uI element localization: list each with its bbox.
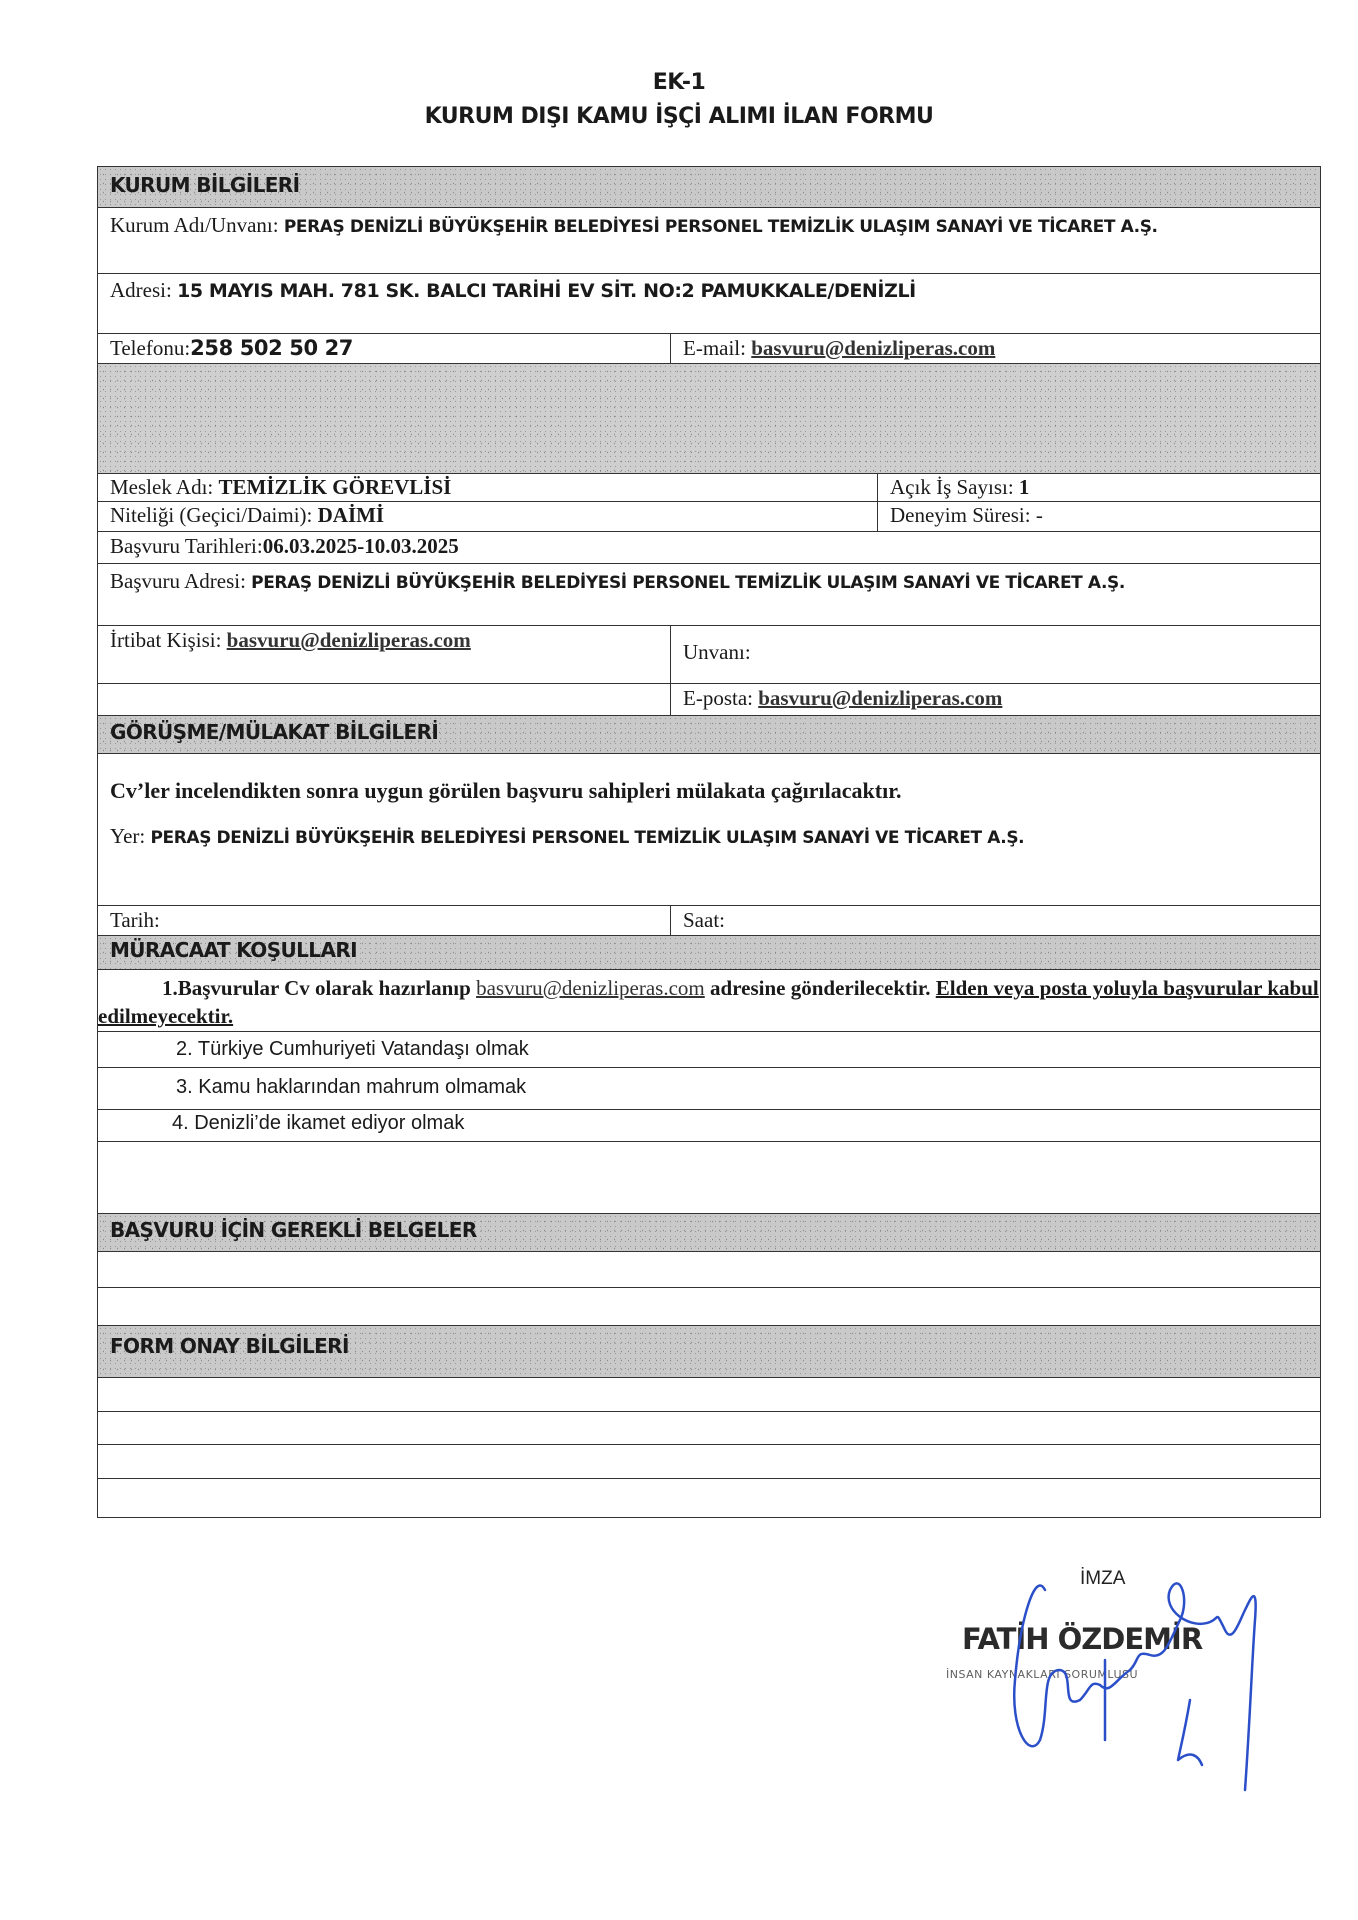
basvuru-adres-row: Başvuru Adresi: PERAŞ DENİZLİ BÜYÜKŞEHİR… [98, 564, 1320, 626]
belgeler-empty-row-1 [98, 1252, 1320, 1288]
nitelik-row: Niteliği (Geçici/Daimi): DAİMİ Deneyim S… [98, 502, 1320, 532]
basvuru-tarih-row: Başvuru Tarihleri:06.03.2025-10.03.2025 [98, 532, 1320, 564]
kurum-contact-row: Telefonu:258 502 50 27 E-mail: basvuru@d… [98, 334, 1320, 364]
deneyim-cell: Deneyim Süresi: - [877, 502, 1320, 531]
meslek-row: Meslek Adı: TEMİZLİK GÖREVLİSİ Açık İş S… [98, 474, 1320, 502]
item1-text: 1.Başvurular Cv olarak hazırlanıp [98, 976, 476, 1000]
belgeler-empty-row-2 [98, 1288, 1320, 1326]
eposta-empty-cell [98, 684, 670, 715]
email-cell: E-mail: basvuru@denizliperas.com [670, 334, 1320, 363]
application-form: KURUM BİLGİLERİ Kurum Adı/Unvanı: PERAŞ … [97, 166, 1321, 1518]
saat-label: Saat: [683, 908, 725, 932]
gorusme-yer-line: Yer: PERAŞ DENİZLİ BÜYÜKŞEHİR BELEDİYESİ… [110, 824, 1308, 849]
muracaat-item-4: 4. Denizli’de ikamet ediyor olmak [98, 1110, 1320, 1142]
unvan-cell: Unvanı: [670, 626, 1320, 683]
document-title: KURUM DIŞI KAMU İŞÇİ ALIMI İLAN FORMU [0, 104, 1358, 129]
gorusme-note: Cv’ler incelendikten sonra uygun görülen… [110, 778, 1308, 804]
onay-empty-row-1 [98, 1378, 1320, 1412]
onay-empty-row-4 [98, 1479, 1320, 1518]
signature-block: İMZA FATİH ÖZDEMİR İNSAN KAYNAKLARI SORU… [940, 1560, 1320, 1810]
irtibat-email-link[interactable]: basvuru@denizliperas.com [227, 628, 471, 652]
email-link[interactable]: basvuru@denizliperas.com [751, 336, 995, 360]
phone-label: Telefonu: [110, 336, 190, 360]
basvuru-adres-value: PERAŞ DENİZLİ BÜYÜKŞEHİR BELEDİYESİ PERS… [251, 573, 1125, 593]
section-header-muracaat: MÜRACAAT KOŞULLARI [98, 936, 1320, 970]
eposta-label: E-posta: [683, 686, 758, 710]
deneyim-label: Deneyim Süresi: [890, 503, 1036, 527]
acik-is-value: 1 [1019, 475, 1030, 499]
muracaat-empty-row [98, 1142, 1320, 1214]
acik-is-cell: Açık İş Sayısı: 1 [877, 474, 1320, 501]
basvuru-tarih-label: Başvuru Tarihleri: [110, 534, 263, 558]
section-header-gorusme: GÖRÜŞME/MÜLAKAT BİLGİLERİ [98, 716, 1320, 754]
phone-value: 258 502 50 27 [190, 336, 353, 360]
eposta-cell: E-posta: basvuru@denizliperas.com [670, 684, 1320, 715]
nitelik-value: DAİMİ [318, 503, 385, 527]
meslek-value: TEMİZLİK GÖREVLİSİ [219, 475, 452, 499]
tarih-cell: Tarih: [98, 906, 670, 935]
document-code: EK-1 [0, 70, 1358, 95]
meslek-label: Meslek Adı: [110, 475, 219, 499]
shaded-separator [98, 364, 1320, 474]
muracaat-item-3: 3. Kamu haklarından mahrum olmamak [98, 1068, 1320, 1110]
eposta-row: E-posta: basvuru@denizliperas.com [98, 684, 1320, 716]
irtibat-cell: İrtibat Kişisi: basvuru@denizliperas.com [98, 626, 670, 683]
nitelik-label: Niteliği (Geçici/Daimi): [110, 503, 318, 527]
phone-cell: Telefonu:258 502 50 27 [98, 334, 670, 363]
gorusme-info-row: Cv’ler incelendikten sonra uygun görülen… [98, 754, 1320, 906]
section-header-belgeler: BAŞVURU İÇİN GEREKLİ BELGELER [98, 1214, 1320, 1252]
basvuru-tarih-value: 06.03.2025-10.03.2025 [263, 534, 459, 558]
acik-is-label: Açık İş Sayısı: [890, 475, 1019, 499]
kurum-address-row: Adresi: 15 MAYIS MAH. 781 SK. BALCI TARİ… [98, 274, 1320, 334]
saat-cell: Saat: [670, 906, 1320, 935]
eposta-link[interactable]: basvuru@denizliperas.com [758, 686, 1002, 710]
tarih-saat-row: Tarih: Saat: [98, 906, 1320, 936]
muracaat-item-2: 2. Türkiye Cumhuriyeti Vatandaşı olmak [98, 1032, 1320, 1068]
item1-email-link[interactable]: basvuru@denizliperas.com [476, 976, 705, 1000]
yer-label: Yer: [110, 824, 150, 848]
irtibat-row: İrtibat Kişisi: basvuru@denizliperas.com… [98, 626, 1320, 684]
kurum-address-value: 15 MAYIS MAH. 781 SK. BALCI TARİHİ EV Sİ… [177, 280, 916, 302]
tarih-label: Tarih: [110, 908, 160, 932]
kurum-address-label: Adresi: [110, 278, 177, 302]
kurum-name-label: Kurum Adı/Unvanı: [110, 213, 284, 237]
muracaat-item-1: 1.Başvurular Cv olarak hazırlanıp basvur… [98, 970, 1320, 1032]
yer-value: PERAŞ DENİZLİ BÜYÜKŞEHİR BELEDİYESİ PERS… [150, 828, 1024, 848]
deneyim-value: - [1036, 503, 1043, 527]
basvuru-adres-label: Başvuru Adresi: [110, 569, 251, 593]
irtibat-label: İrtibat Kişisi: [110, 628, 227, 652]
handwritten-signature-icon [940, 1560, 1320, 1810]
section-header-kurum: KURUM BİLGİLERİ [98, 166, 1320, 208]
unvan-label: Unvanı: [683, 640, 751, 664]
kurum-name-value: PERAŞ DENİZLİ BÜYÜKŞEHİR BELEDİYESİ PERS… [284, 217, 1158, 237]
meslek-cell: Meslek Adı: TEMİZLİK GÖREVLİSİ [98, 474, 877, 501]
item1-mid: adresine gönderilecektir. [705, 976, 936, 1000]
onay-empty-row-3 [98, 1445, 1320, 1479]
kurum-name-row: Kurum Adı/Unvanı: PERAŞ DENİZLİ BÜYÜKŞEH… [98, 208, 1320, 274]
onay-empty-row-2 [98, 1412, 1320, 1445]
email-label: E-mail: [683, 336, 751, 360]
section-header-onay: FORM ONAY BİLGİLERİ [98, 1326, 1320, 1378]
nitelik-cell: Niteliği (Geçici/Daimi): DAİMİ [98, 502, 877, 531]
